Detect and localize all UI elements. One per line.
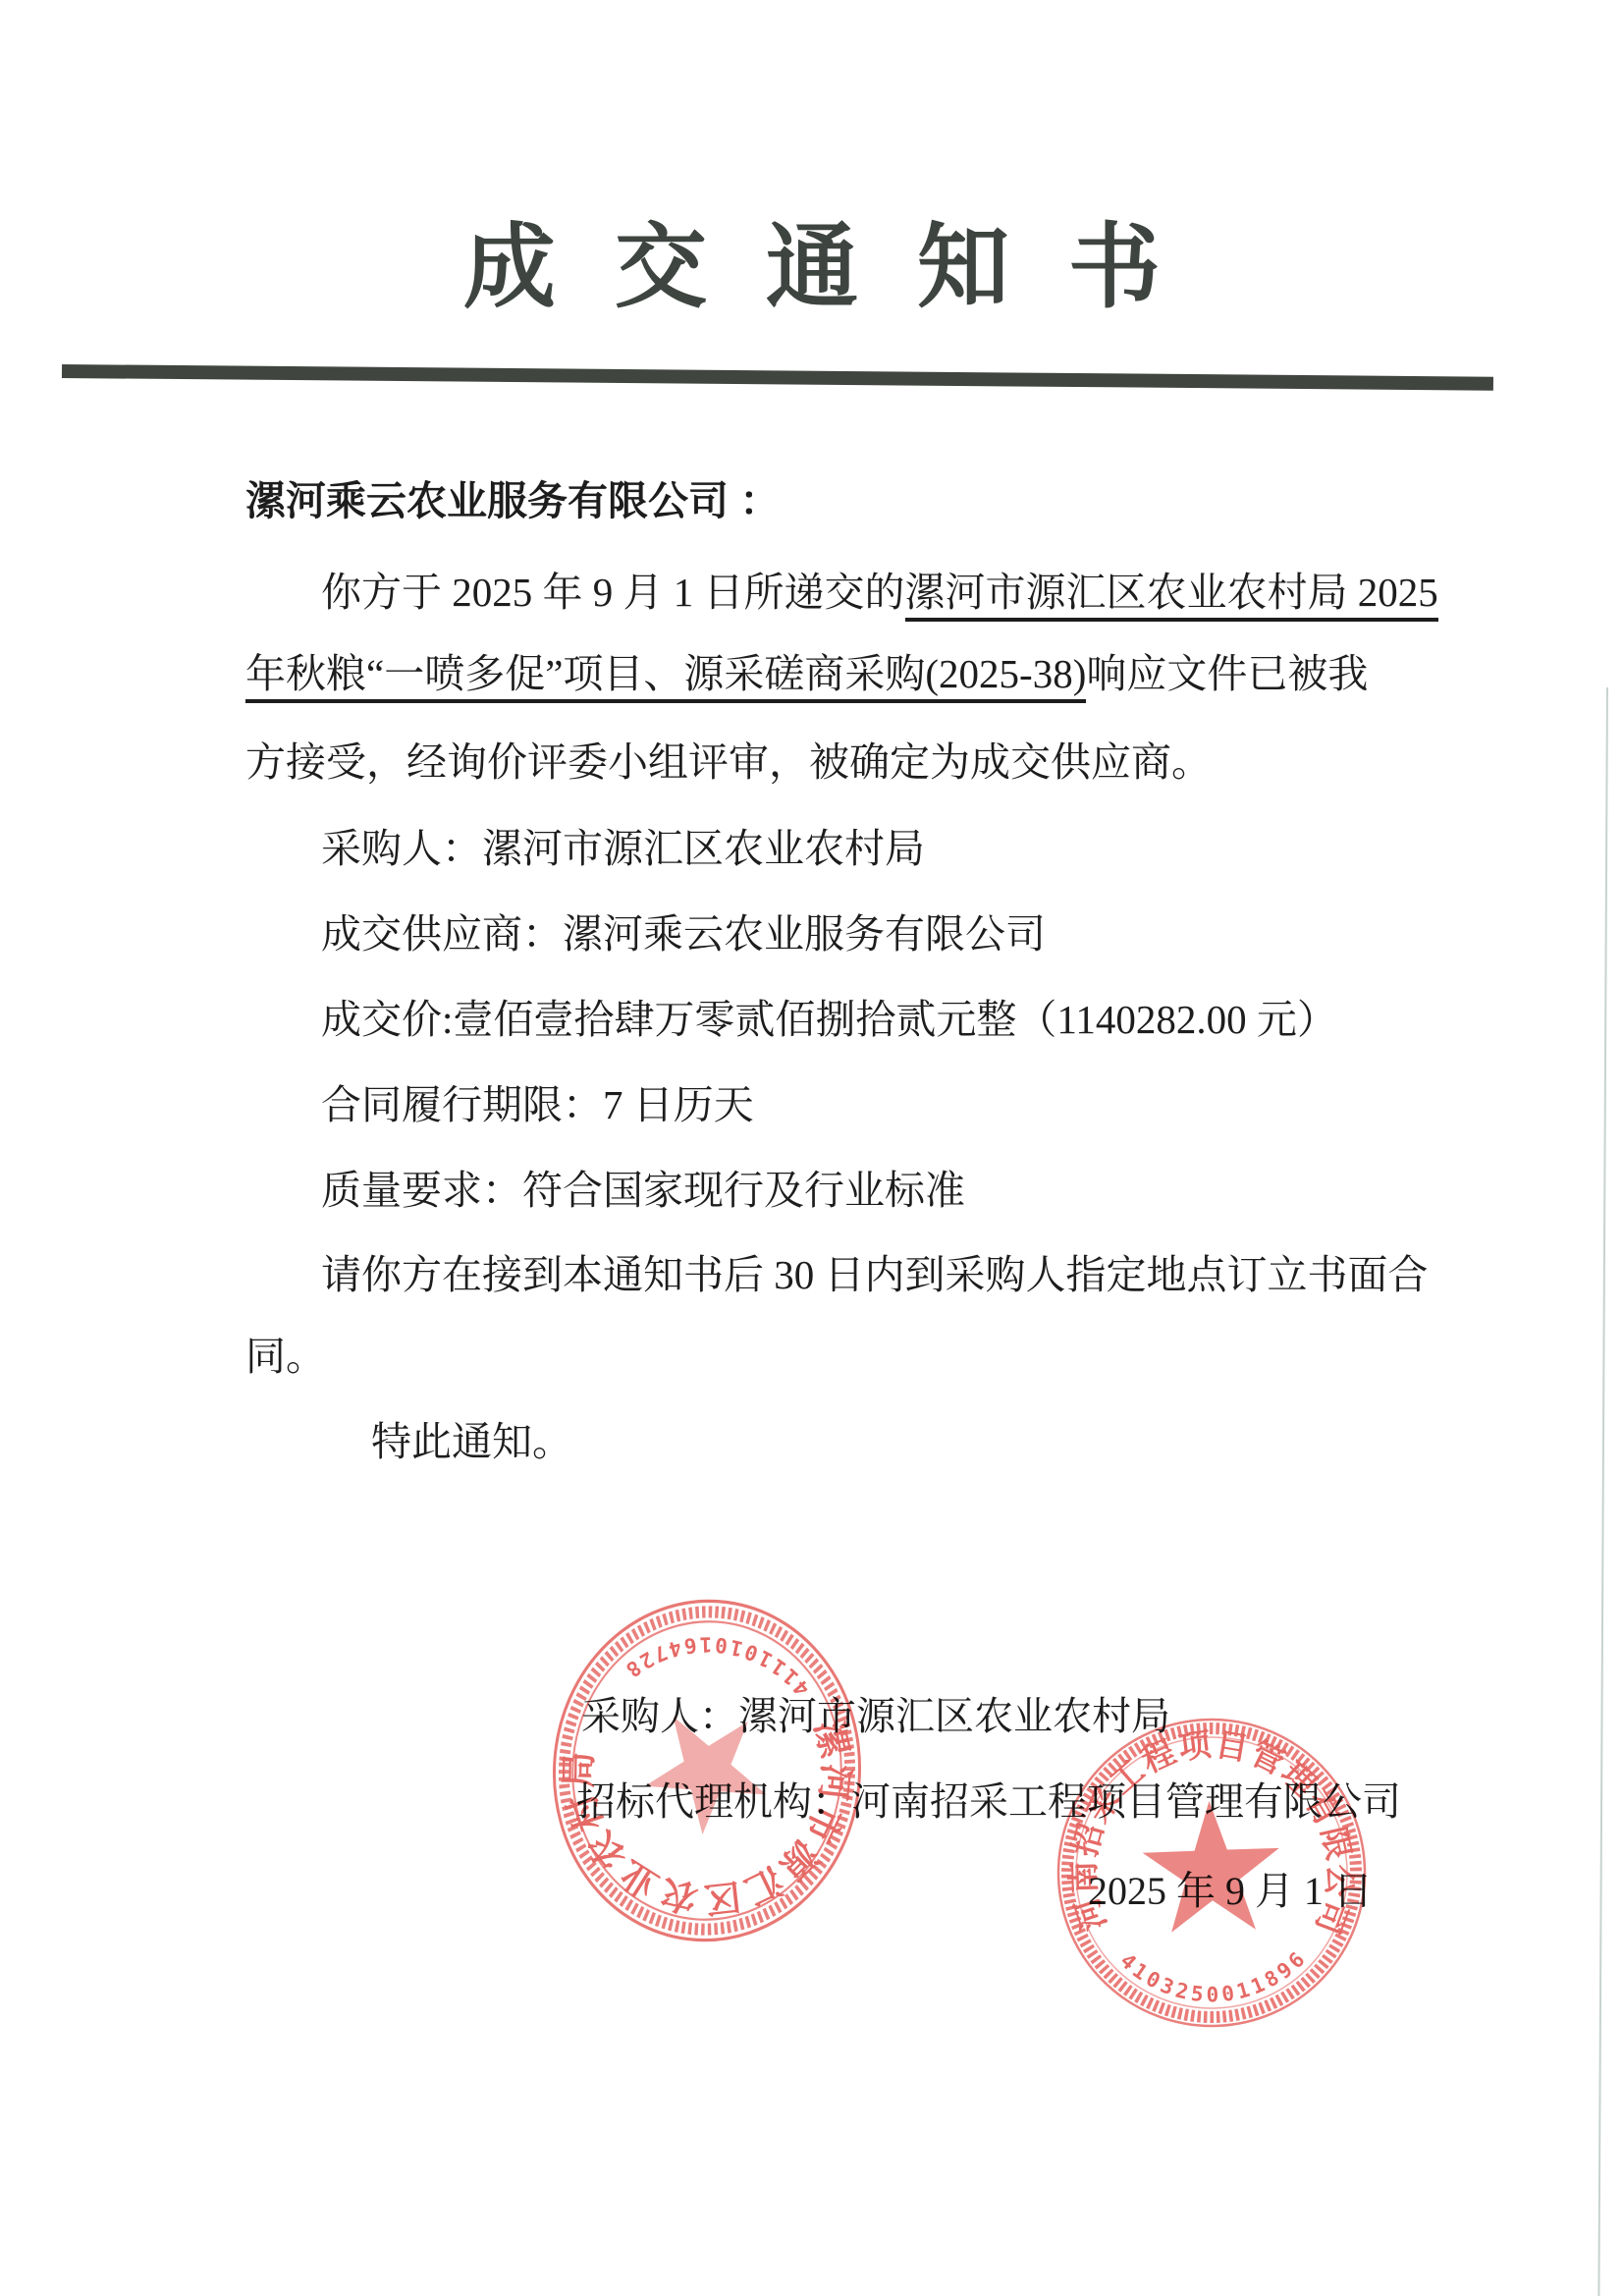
paragraph-contract-instruction-cont: 同。 xyxy=(245,1334,326,1379)
paragraph1-underlined-project-name: 漯河市源汇区农业农村局 2025 xyxy=(905,570,1438,622)
paragraph-acceptance: 方接受，经询价评委小组评审，被确定为成交供应商。 xyxy=(245,739,1212,785)
star-icon xyxy=(1141,1798,1282,1933)
agency-red-seal-stamp: 河南招采工程项目管理有限公司 4103250011896 xyxy=(1039,1700,1384,2046)
buyer-seal-graphic: 漯河市源汇区农业农村局 4111010164728 xyxy=(528,1578,887,1964)
star-icon xyxy=(642,1715,772,1838)
detail-line-award-price: 成交价:壹佰壹拾肆万零贰佰捌拾贰元整（1140282.00 元） xyxy=(321,997,1337,1042)
title-divider-rule xyxy=(62,364,1493,391)
detail-line-contract-period: 合同履行期限：7 日历天 xyxy=(321,1082,754,1127)
paragraph-submission-line1: 你方于 2025 年 9 月 1 日所递交的漯河市源汇区农业农村局 2025 xyxy=(321,570,1438,615)
paragraph-submission-line2: 年秋粮“一喷多促”项目、源采磋商采购(2025-38)响应文件已被我 xyxy=(245,651,1368,696)
detail-line-winning-supplier: 成交供应商：漯河乘云农业服务有限公司 xyxy=(321,911,1046,957)
recipient-company-heading: 漯河乘云农业服务有限公司 ： xyxy=(245,478,780,523)
paragraph2-underlined-project-name: 年秋粮“一喷多促”项目、源采磋商采购(2025-38) xyxy=(245,651,1086,703)
closing-statement: 特此通知。 xyxy=(371,1419,572,1464)
paragraph2-normal-text: 响应文件已被我 xyxy=(1086,651,1368,696)
detail-line-buyer: 采购人：漯河市源汇区农业农村局 xyxy=(321,826,925,871)
buyer-red-seal-stamp: 漯河市源汇区农业农村局 4111010164728 xyxy=(528,1578,887,1964)
agency-seal-graphic: 河南招采工程项目管理有限公司 4103250011896 xyxy=(1039,1700,1384,2046)
page-title: 成交通知书 xyxy=(463,218,1219,316)
paragraph-contract-instruction: 请你方在接到本通知书后 30 日内到采购人指定地点订立书面合 xyxy=(321,1252,1429,1297)
scanned-award-notice-page: 成交通知书 漯河乘云农业服务有限公司 ： 你方于 2025 年 9 月 1 日所… xyxy=(0,0,1623,2296)
paragraph1-normal-text: 你方于 2025 年 9 月 1 日所递交的 xyxy=(321,570,905,615)
detail-line-quality-requirement: 质量要求：符合国家现行及行业标准 xyxy=(321,1168,965,1213)
scan-edge-artifact xyxy=(1597,687,1608,2296)
